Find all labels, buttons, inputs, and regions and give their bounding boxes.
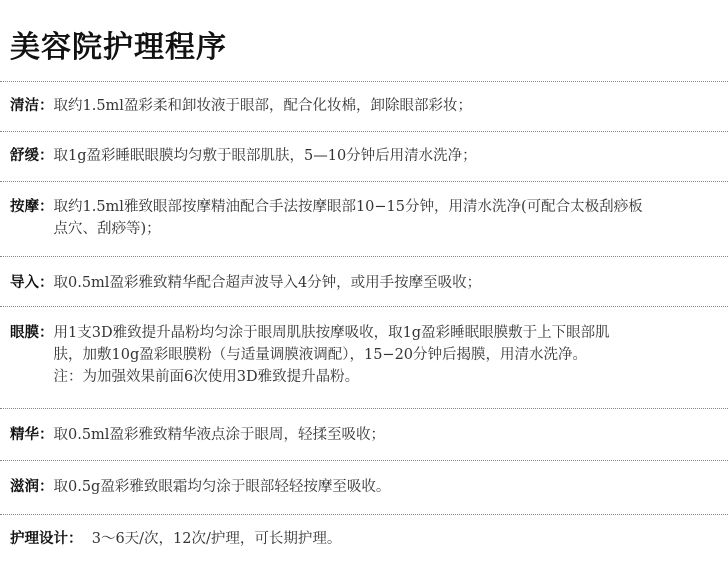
step-label: 导入： [10, 272, 54, 294]
step-moisturizing: 滋润： 取0.5g盈彩雅致眼霜均匀涂于眼部轻轻按摩至吸收。 [10, 476, 718, 498]
step-content: 取0.5g盈彩雅致眼霜均匀涂于眼部轻轻按摩至吸收。 [54, 476, 719, 498]
step-label: 精华： [10, 424, 54, 446]
step-content: 取约1.5ml雅致眼部按摩精油配合手法按摩眼部10−15分钟，用清水洗净(可配合… [54, 196, 719, 240]
step-eye-mask: 眼膜： 用1支3D雅致提升晶粉均匀涂于眼周肌肤按摩吸收，取1g盈彩睡眠眼膜敷于上… [10, 322, 718, 388]
step-soothing: 舒缓： 取1g盈彩睡眠眼膜均匀敷于眼部肌肤，5—10分钟后用清水洗净； [10, 145, 718, 167]
care-plan-label: 护理设计： [10, 528, 83, 550]
step-label: 眼膜： [10, 322, 54, 388]
divider [0, 256, 728, 257]
care-plan: 护理设计： 3～6天/次，12次/护理，可长期护理。 [10, 528, 718, 550]
step-label: 滋润： [10, 476, 54, 498]
page-title: 美容院护理程序 [10, 28, 227, 68]
step-content: 取约1.5ml盈彩柔和卸妆液于眼部，配合化妆棉，卸除眼部彩妆； [54, 95, 719, 117]
divider [0, 181, 728, 182]
step-text: 肤，加敷10g盈彩眼膜粉（与适量调膜液调配），15−20分钟后揭膜，用清水洗净。 [54, 344, 719, 366]
divider [0, 408, 728, 409]
step-text: 用1支3D雅致提升晶粉均匀涂于眼周肌肤按摩吸收，取1g盈彩睡眠眼膜敷于上下眼部肌 [54, 322, 719, 344]
divider [0, 514, 728, 515]
step-note: 注：为加强效果前面6次使用3D雅致提升晶粉。 [54, 366, 719, 388]
step-text: 取约1.5ml雅致眼部按摩精油配合手法按摩眼部10−15分钟，用清水洗净(可配合… [54, 196, 719, 218]
care-plan-text: 3～6天/次，12次/护理，可长期护理。 [83, 528, 719, 550]
divider [0, 306, 728, 307]
step-content: 取1g盈彩睡眠眼膜均匀敷于眼部肌肤，5—10分钟后用清水洗净； [54, 145, 719, 167]
step-cleansing: 清洁： 取约1.5ml盈彩柔和卸妆液于眼部，配合化妆棉，卸除眼部彩妆； [10, 95, 718, 117]
step-essence: 精华： 取0.5ml盈彩雅致精华液点涂于眼周，轻揉至吸收； [10, 424, 718, 446]
step-text: 取0.5ml盈彩雅致精华液点涂于眼周，轻揉至吸收； [54, 424, 719, 446]
step-content: 取0.5ml盈彩雅致精华配合超声波导入4分钟，或用手按摩至吸收； [54, 272, 719, 294]
step-label: 清洁： [10, 95, 54, 117]
step-text: 取约1.5ml盈彩柔和卸妆液于眼部，配合化妆棉，卸除眼部彩妆； [54, 95, 719, 117]
step-label: 按摩： [10, 196, 54, 240]
step-text: 取0.5ml盈彩雅致精华配合超声波导入4分钟，或用手按摩至吸收； [54, 272, 719, 294]
step-label: 舒缓： [10, 145, 54, 167]
step-text: 取1g盈彩睡眠眼膜均匀敷于眼部肌肤，5—10分钟后用清水洗净； [54, 145, 719, 167]
step-infusion: 导入： 取0.5ml盈彩雅致精华配合超声波导入4分钟，或用手按摩至吸收； [10, 272, 718, 294]
step-content: 取0.5ml盈彩雅致精华液点涂于眼周，轻揉至吸收； [54, 424, 719, 446]
care-plan-content: 3～6天/次，12次/护理，可长期护理。 [83, 528, 719, 550]
step-content: 用1支3D雅致提升晶粉均匀涂于眼周肌肤按摩吸收，取1g盈彩睡眠眼膜敷于上下眼部肌… [54, 322, 719, 388]
step-text: 点穴、刮痧等)； [54, 218, 719, 240]
divider [0, 81, 728, 82]
divider [0, 460, 728, 461]
divider [0, 131, 728, 132]
step-massage: 按摩： 取约1.5ml雅致眼部按摩精油配合手法按摩眼部10−15分钟，用清水洗净… [10, 196, 718, 240]
step-text: 取0.5g盈彩雅致眼霜均匀涂于眼部轻轻按摩至吸收。 [54, 476, 719, 498]
